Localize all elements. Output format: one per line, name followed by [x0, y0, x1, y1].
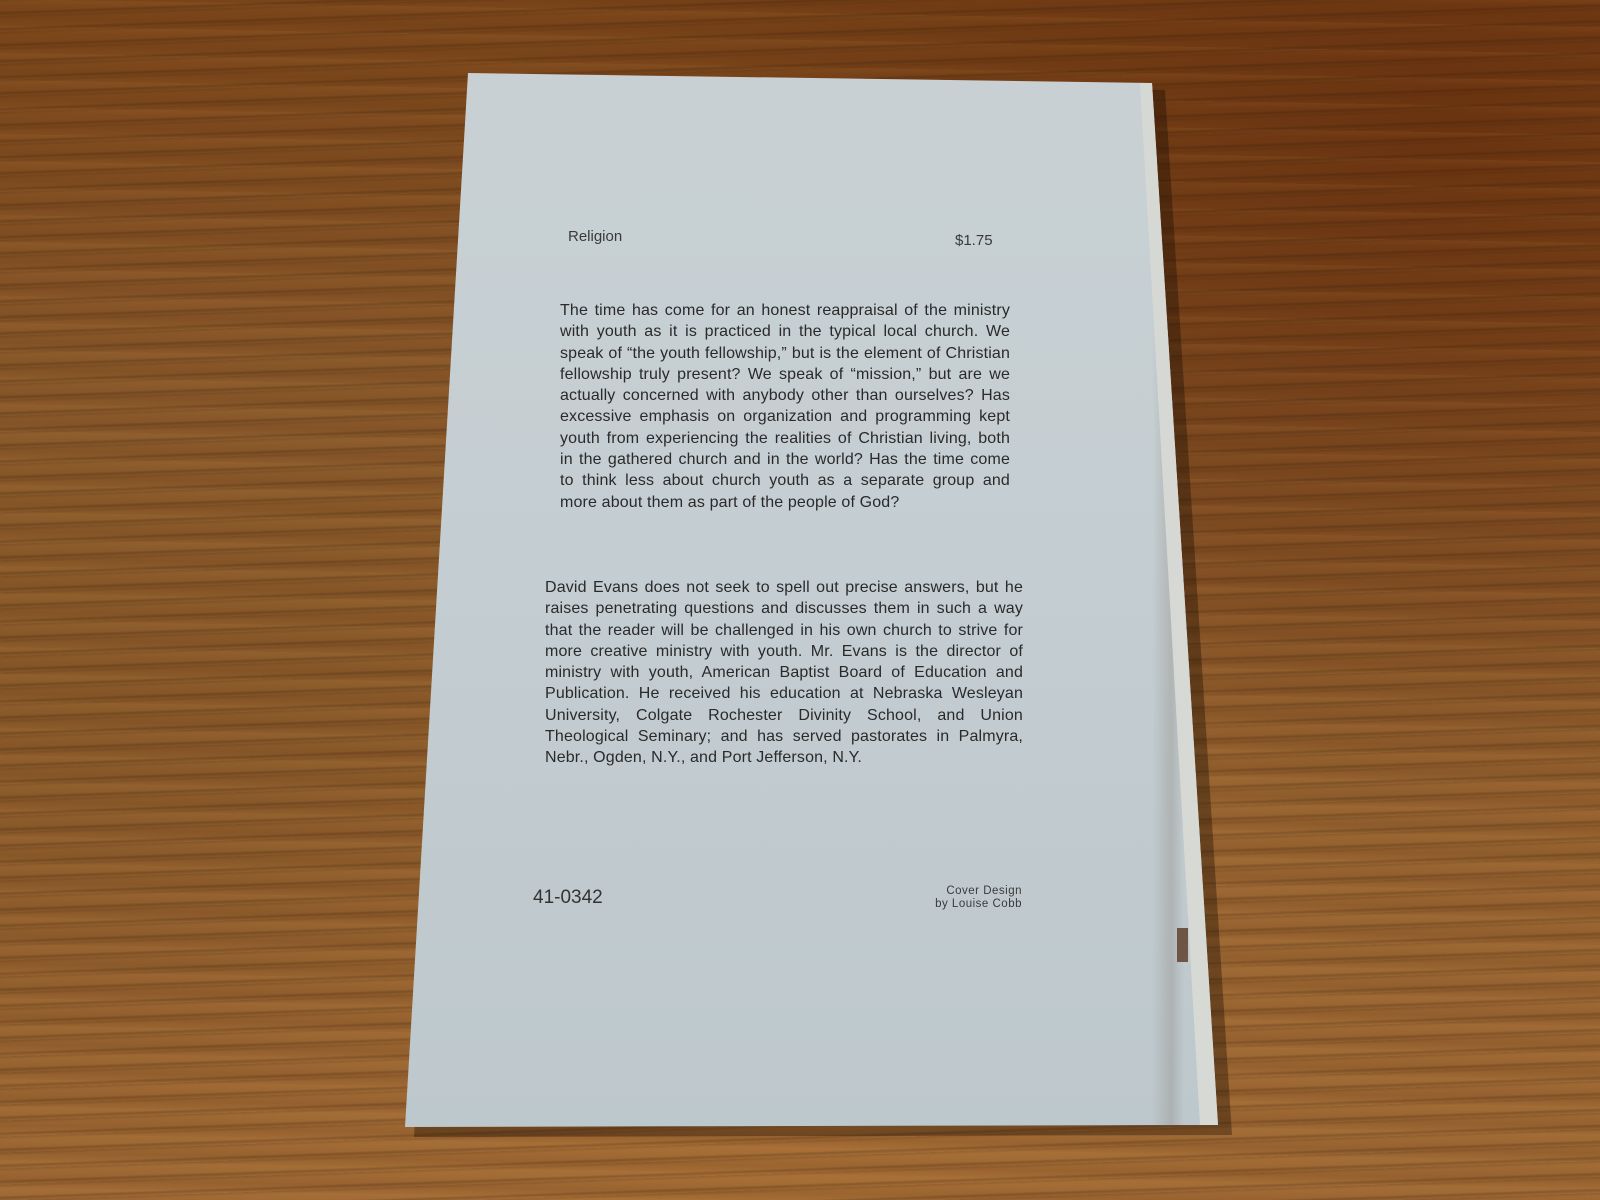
category-label: Religion — [568, 228, 622, 245]
cover-design-credit: Cover Design by Louise Cobb — [900, 885, 1022, 911]
catalog-number: 41-0342 — [533, 887, 603, 909]
blurb-paragraph-1: The time has come for an honest reapprai… — [560, 300, 1010, 513]
spine-color-tab — [1177, 928, 1188, 962]
price-label: $1.75 — [955, 232, 993, 249]
credit-line-2: by Louise Cobb — [900, 898, 1022, 911]
blurb-paragraph-2: David Evans does not seek to spell out p… — [545, 577, 1023, 769]
credit-line-1: Cover Design — [900, 885, 1022, 898]
